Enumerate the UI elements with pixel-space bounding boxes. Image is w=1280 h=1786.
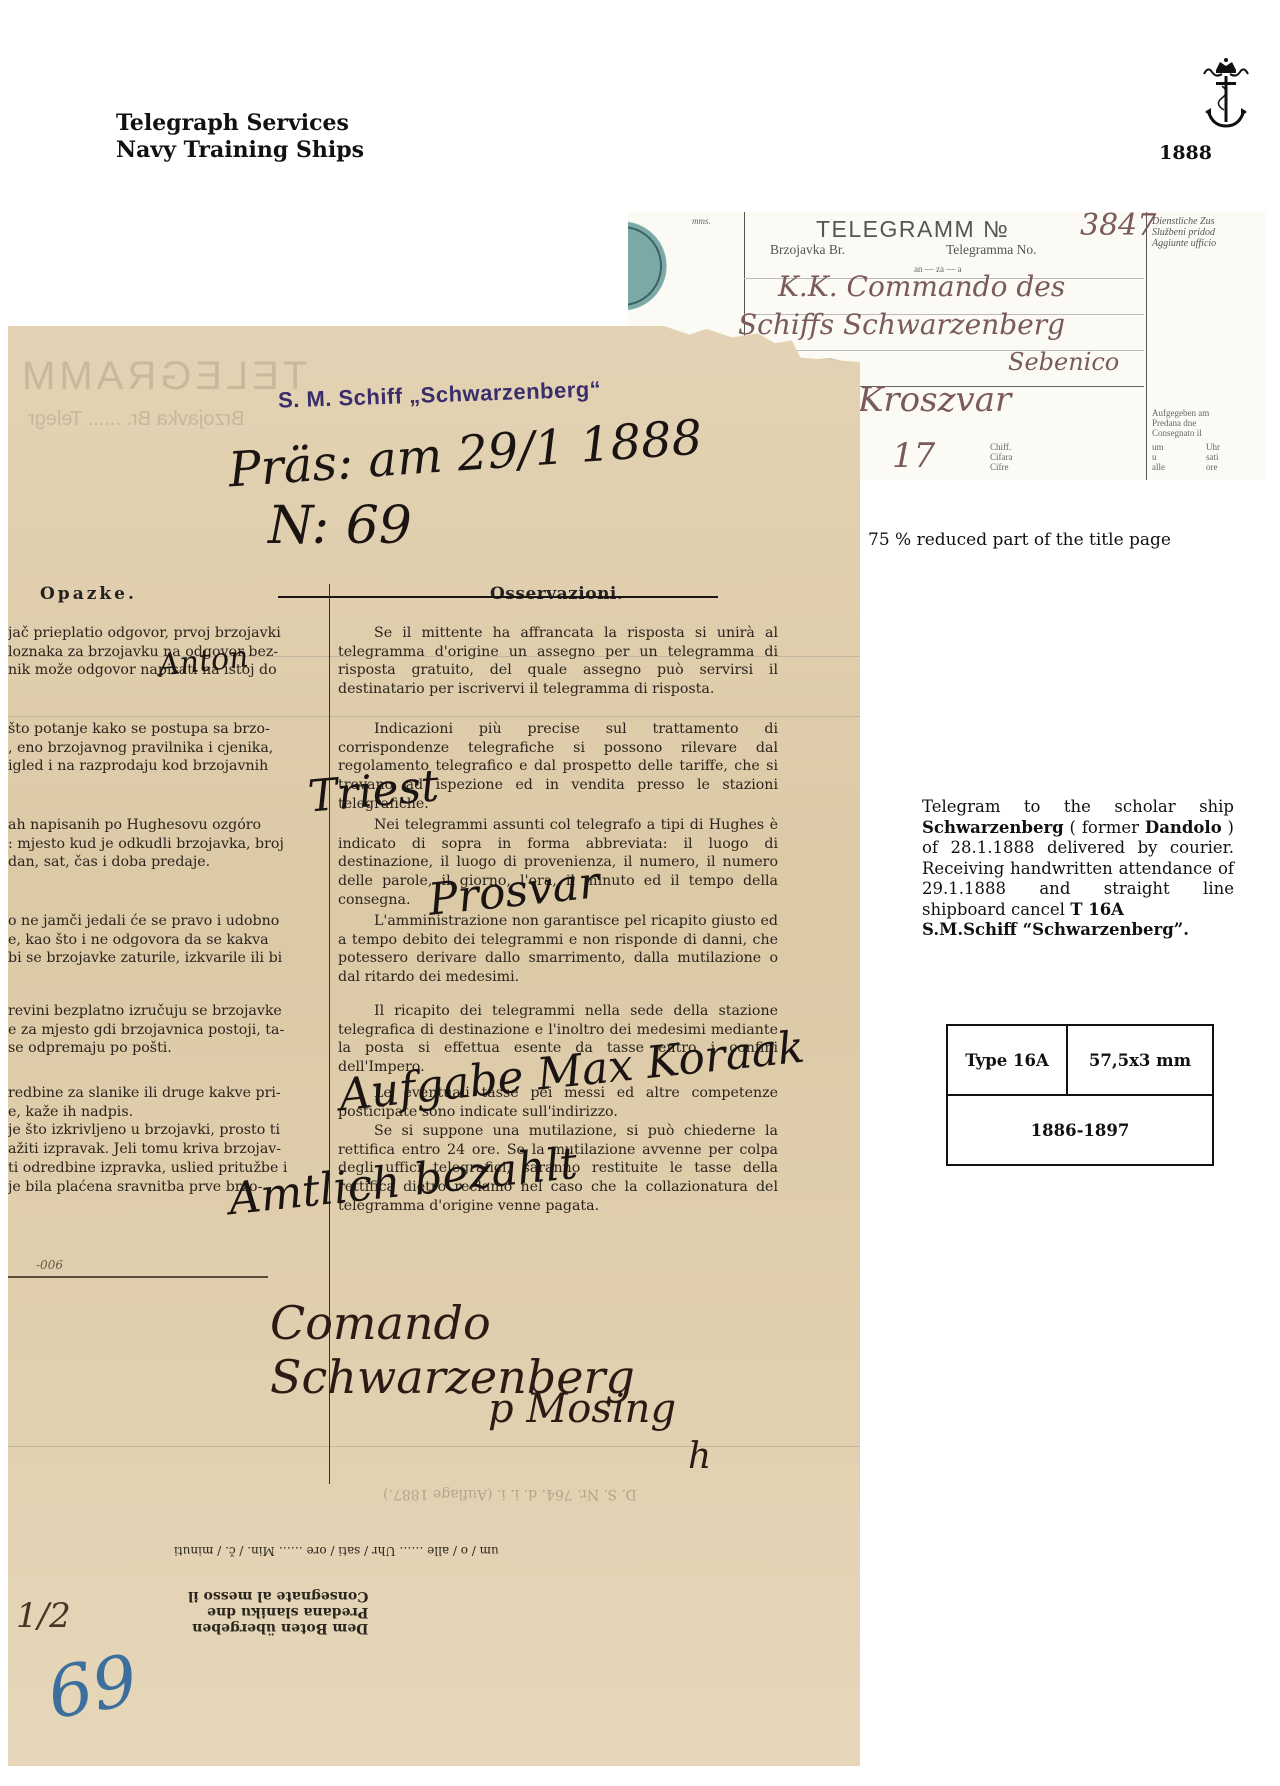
form-footer-ghost: D. S. Nr. 764. d. i. i. (Auflage 1887.) [383, 1486, 637, 1502]
page-title: Telegraph Services Navy Training Ships [116, 110, 364, 164]
inset-sub-left: Brzojavka Br. [770, 242, 845, 258]
rotated-receipt-title: Dem Boten übergeben Predana slaniku dne … [188, 1588, 368, 1636]
cancel-period: 1886-1897 [947, 1095, 1213, 1165]
inset-side-labels: Dienstliche Zus Službeni pridod Aggiunte… [1152, 216, 1216, 249]
right-column-title: Osservazioni. [490, 584, 623, 604]
handwritten-number: N: 69 [268, 496, 412, 556]
right-paragraph-4: L'amministrazione non garantisce pel ric… [338, 912, 778, 987]
signature-line-2: p Mosing [488, 1386, 676, 1432]
ship-cancel-stamp: S. M. Schiff „Schwarzenberg“ [278, 376, 602, 413]
handwritten-receipt-date: Präs: am 29/1 1888 [227, 410, 704, 499]
inset-uhr-labels: Uhr sati ore [1206, 442, 1220, 472]
inset-aufgegeben-labels: Aufgegeben am Predana dne Consegnato il [1152, 408, 1209, 438]
ghost-header: TELEGRAMM [18, 354, 307, 399]
left-paragraph-4: o ne jamči jedali će se pravo i udobnoe,… [8, 912, 324, 968]
inset-divider-right [1146, 212, 1147, 480]
page-year: 1888 [1159, 142, 1212, 164]
signature-initial: h [688, 1436, 711, 1477]
inset-sub-right: Telegramma No. [946, 242, 1037, 258]
ghost-sub: Brzojavka Br. ...... Telegr [28, 408, 244, 431]
telegraph-office-seal-icon [628, 216, 684, 316]
crowned-anchor-icon [1198, 56, 1254, 132]
inset-address-line-1: K.K. Commando des [778, 270, 1065, 303]
inset-telegramm-title: TELEGRAMM № [816, 216, 1009, 243]
description-text: Telegram to the scholar ship Schwarzenbe… [922, 797, 1234, 941]
rotated-time-labels: um / o / alle …… Uhr / sati / ore …… Min… [174, 1544, 499, 1558]
page-title-line2: Navy Training Ships [116, 137, 364, 164]
cancel-type-table: Type 16A 57,5x3 mm 1886-1897 [946, 1024, 1214, 1166]
right-paragraph-1: Se il mittente ha affrancata la risposta… [338, 624, 778, 699]
left-column-title: Opazke. [40, 584, 137, 604]
blue-crayon-number: 69 [42, 1639, 144, 1735]
inset-um-labels: um u alle [1152, 442, 1165, 472]
inset-address-line-2: Schiffs Schwarzenberg [738, 308, 1065, 341]
cancel-type: Type 16A [947, 1025, 1067, 1095]
inset-words-value: 17 [892, 436, 935, 476]
left-paragraph-5: revini bezplatno izručuju se brzojavkee … [8, 1002, 324, 1058]
left-paragraph-3: ah napisanih po Hughesovu ozgóro: mjesto… [8, 816, 324, 872]
inset-corner-label-1: mms. [692, 216, 711, 226]
inset-address-line-4: Kroszvar [858, 380, 1011, 420]
page-title-line1: Telegraph Services [116, 110, 364, 137]
inset-address-line-3: Sebenico [1008, 348, 1119, 376]
cancel-size: 57,5x3 mm [1067, 1025, 1213, 1095]
inset-handwritten-number: 3847 [1080, 212, 1156, 243]
inset-chiff-labels: Chiff. Cifara Cifre [990, 442, 1013, 472]
telegram-document: TELEGRAMM Brzojavka Br. ...... Telegr S.… [8, 326, 860, 1766]
pencil-note: -006 [36, 1258, 63, 1272]
inset-caption: 75 % reduced part of the title page [868, 530, 1171, 550]
handwritten-bottom: 1/2 [16, 1596, 71, 1636]
left-paragraph-2: što potanje kako se postupa sa brzo-, en… [8, 720, 324, 776]
